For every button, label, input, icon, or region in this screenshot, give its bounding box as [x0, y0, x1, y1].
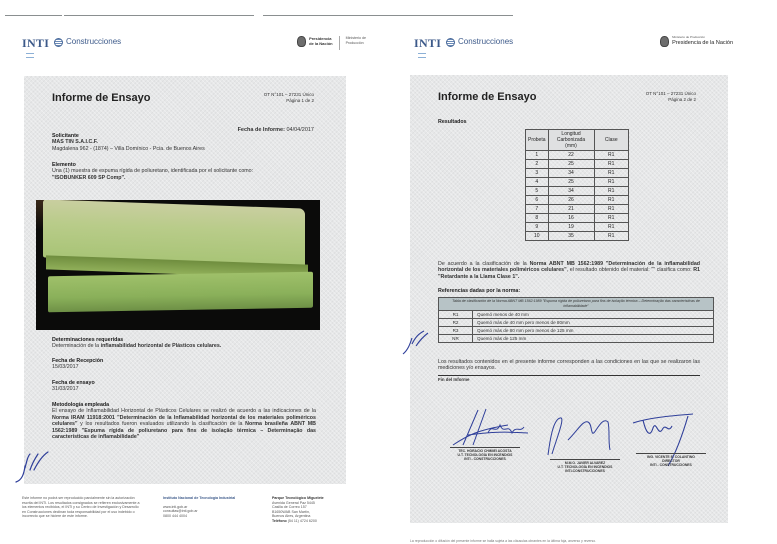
- table-row: R2Quemó más de 40 mm pero menos de 80mm: [439, 318, 714, 326]
- signer-1: TEC. HORACIO CHIMIEI ACOSTA U.T. TECNOLO…: [450, 447, 520, 462]
- report-page-1: INTI Construcciones Presidencia de la Na…: [0, 16, 388, 544]
- page-number: Página 1 de 2: [264, 98, 314, 104]
- table-row: 919R1: [526, 223, 629, 232]
- table-row: 122R1: [526, 151, 629, 160]
- footer-institute: Instituto Nacional de Tecnología Industr…: [163, 496, 263, 518]
- national-seal-icon: [297, 36, 306, 47]
- final-note: Los resultados contenidos en el presente…: [438, 359, 700, 372]
- applicant-section: Solicitante MAS TIN S.A.I.C.F. Magdalena…: [52, 133, 316, 152]
- initials-signature: [12, 446, 52, 486]
- footer-note: La reproducción o difusión del presente …: [410, 539, 596, 543]
- foam-block-bottom: [48, 272, 313, 313]
- table-row: R3Quemó más de 80 mm pero menos de 125 m…: [439, 326, 714, 334]
- product-name: "ISOBUNKER 609 SP Comp".: [52, 175, 316, 181]
- inti-division: Construcciones: [66, 37, 121, 46]
- footer-disclaimer: Este informe no podrá ser reproducido pa…: [22, 496, 142, 519]
- signer-2: M.M.O. JAVIER ALVAREZ U.T. TECNOLOGÍA EN…: [550, 459, 620, 474]
- government-logo: Presidencia de la Nación Ministerio de P…: [297, 36, 366, 50]
- order-number: OT N°101 – 27231 Único Página 1 de 2: [264, 92, 314, 103]
- sample-photo: [36, 200, 320, 330]
- references-label: Referencias dadas por la norma:: [438, 288, 520, 294]
- classification-reference-table: Tabla de clasificación de la Norma ABNT …: [438, 297, 714, 343]
- inti-globe-icon: [54, 38, 63, 47]
- page-number: Página 2 de 2: [646, 97, 696, 103]
- footer-address: Parque Tecnológico Miguelete Avenida Gen…: [272, 496, 372, 524]
- page-header: INTI Construcciones Presidencia de la Na…: [20, 36, 368, 76]
- table-row: NRQuemó más de 125 mm: [439, 334, 714, 342]
- initials-signature: [400, 328, 430, 358]
- table-row: 721R1: [526, 205, 629, 214]
- national-seal-icon: [660, 36, 669, 47]
- inti-logo-bars: [26, 50, 34, 58]
- inti-logo: INTI: [414, 36, 441, 51]
- table-row: 816R1: [526, 214, 629, 223]
- results-table: ProbetaLongitud Carbonizada (mm)Clase 12…: [525, 129, 629, 241]
- table-row: 225R1: [526, 160, 629, 169]
- results-label: Resultados: [438, 119, 467, 125]
- table-row: 425R1: [526, 178, 629, 187]
- inti-logo-bars: [418, 50, 426, 58]
- inti-division: Construcciones: [458, 37, 513, 46]
- table-row: 534R1: [526, 187, 629, 196]
- government-logo: Ministerio de Producción Presidencia de …: [660, 36, 733, 47]
- inti-logo: INTI: [22, 36, 49, 51]
- report-page-2: INTI Construcciones Ministerio de Produc…: [392, 16, 777, 544]
- element-section: Elemento Una (1) muestra de espuma rígid…: [52, 162, 316, 181]
- applicant-address: Magdalena 962 - (1874) – Villa Domínico …: [52, 146, 316, 152]
- divider: [339, 36, 340, 50]
- results-column-header: Probeta: [526, 130, 549, 151]
- determinations-section: Determinaciones requeridas Determinación…: [52, 337, 316, 350]
- report-title: Informe de Ensayo: [52, 92, 150, 104]
- table-row: 1035R1: [526, 232, 629, 241]
- signer-3: ING. VICENTE E. COLANTINO DIRECTOR INTI …: [636, 453, 706, 468]
- results-column-header: Longitud Carbonizada (mm): [548, 130, 594, 151]
- reception-date-section: Fecha de Recepción 15/03/2017: [52, 358, 316, 371]
- methodology-section: Metodología empleada El ensayo de Inflam…: [52, 402, 316, 440]
- report-body: Informe de Ensayo OT N°101 – 27231 Único…: [24, 76, 346, 484]
- report-body: Informe de Ensayo OT N°101 – 27231 Único…: [410, 75, 728, 523]
- inti-globe-icon: [446, 38, 455, 47]
- divider: [438, 375, 700, 376]
- end-of-report: Fin del Informe: [438, 377, 469, 382]
- classification-conclusion: De acuerdo a la clasificación de la Norm…: [438, 261, 700, 280]
- report-title: Informe de Ensayo: [438, 91, 536, 103]
- table-row: 626R1: [526, 196, 629, 205]
- test-date-section: Fecha de ensayo 31/03/2017: [52, 380, 316, 393]
- results-column-header: Clase: [594, 130, 628, 151]
- table-row: R1Quemó menos de 40 mm: [439, 310, 714, 318]
- order-number: OT N°101 – 27231 Único Página 2 de 2: [646, 91, 696, 102]
- table-row: 334R1: [526, 169, 629, 178]
- page-header: INTI Construcciones Ministerio de Produc…: [412, 36, 757, 76]
- signature-2: [538, 410, 618, 460]
